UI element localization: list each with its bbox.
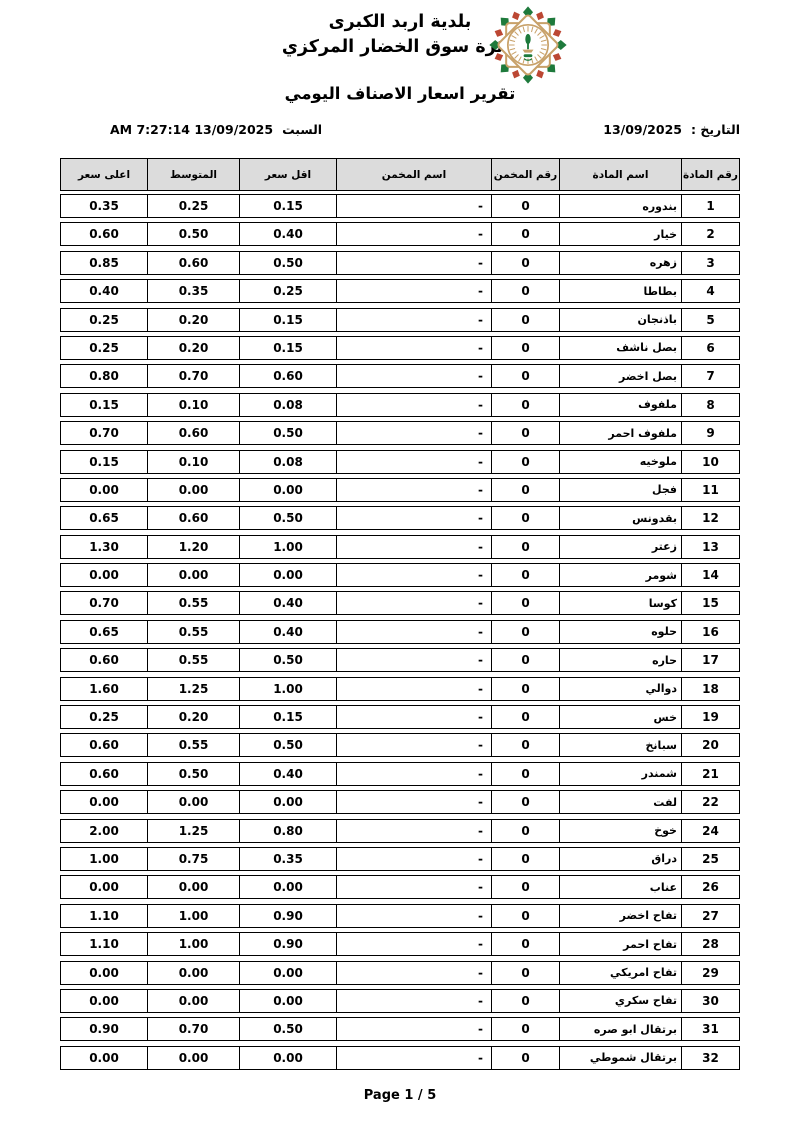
- cell-assessor_no: 0: [491, 421, 560, 445]
- cell-item_name: ملوخيه: [559, 450, 682, 474]
- cell-avg: 0.00: [147, 875, 240, 899]
- table-row: 1.301.201.00-0زعتر13: [60, 535, 740, 559]
- date-bar: التاريخ : 13/09/2025 السبت 13/09/2025 7:…: [60, 122, 740, 137]
- cell-max: 0.60: [60, 222, 148, 246]
- table-row: 1.000.750.35-0دراق25: [60, 847, 740, 871]
- cell-avg: 0.10: [147, 393, 240, 417]
- cell-item_no: 18: [681, 677, 740, 701]
- cell-item_name: سبانخ: [559, 733, 682, 757]
- table-row: 0.600.500.40-0شمندر21: [60, 762, 740, 786]
- cell-min: 0.00: [239, 989, 337, 1013]
- cell-item_no: 14: [681, 563, 740, 587]
- municipality-logo-icon: [486, 3, 570, 87]
- cell-max: 0.00: [60, 1046, 148, 1070]
- cell-min: 0.50: [239, 733, 337, 757]
- cell-avg: 0.60: [147, 506, 240, 530]
- cell-avg: 0.70: [147, 364, 240, 388]
- org-name-line1: بلدية اربد الكبرى: [60, 10, 740, 35]
- table-row: 0.600.550.50-0سبانخ20: [60, 733, 740, 757]
- cell-avg: 0.50: [147, 762, 240, 786]
- cell-assessor_name: -: [336, 904, 492, 928]
- cell-assessor_no: 0: [491, 989, 560, 1013]
- cell-item_no: 9: [681, 421, 740, 445]
- cell-max: 1.60: [60, 677, 148, 701]
- cell-assessor_name: -: [336, 535, 492, 559]
- cell-assessor_no: 0: [491, 279, 560, 303]
- cell-assessor_no: 0: [491, 450, 560, 474]
- table-row: 0.000.000.00-0تفاح امريكي29: [60, 961, 740, 985]
- cell-item_name: خيار: [559, 222, 682, 246]
- cell-assessor_name: -: [336, 478, 492, 502]
- cell-assessor_name: -: [336, 563, 492, 587]
- table-row: 0.000.000.00-0لفت22: [60, 790, 740, 814]
- cell-item_no: 6: [681, 336, 740, 360]
- cell-min: 0.00: [239, 563, 337, 587]
- cell-item_name: زهره: [559, 251, 682, 275]
- cell-max: 0.65: [60, 506, 148, 530]
- cell-item_no: 12: [681, 506, 740, 530]
- table-row: 0.700.600.50-0ملفوف احمر9: [60, 421, 740, 445]
- cell-item_no: 11: [681, 478, 740, 502]
- cell-item_name: خس: [559, 705, 682, 729]
- cell-max: 0.25: [60, 705, 148, 729]
- cell-avg: 1.25: [147, 819, 240, 843]
- cell-avg: 0.20: [147, 705, 240, 729]
- cell-assessor_no: 0: [491, 904, 560, 928]
- cell-item_name: عناب: [559, 875, 682, 899]
- cell-item_name: تفاح احمر: [559, 932, 682, 956]
- cell-avg: 0.75: [147, 847, 240, 871]
- cell-assessor_name: -: [336, 222, 492, 246]
- cell-min: 0.80: [239, 819, 337, 843]
- cell-item_name: تفاح سكري: [559, 989, 682, 1013]
- cell-max: 0.35: [60, 194, 148, 218]
- table-row: 0.250.200.15-0خس19: [60, 705, 740, 729]
- cell-min: 1.00: [239, 677, 337, 701]
- column-header-avg: المتوسط: [147, 158, 240, 191]
- cell-avg: 0.70: [147, 1017, 240, 1041]
- cell-item_name: بصل ناشف: [559, 336, 682, 360]
- cell-item_no: 27: [681, 904, 740, 928]
- table-row: 0.600.550.50-0حاره17: [60, 648, 740, 672]
- cell-assessor_no: 0: [491, 194, 560, 218]
- cell-assessor_no: 0: [491, 620, 560, 644]
- cell-assessor_name: -: [336, 279, 492, 303]
- cell-item_no: 10: [681, 450, 740, 474]
- table-row: 2.001.250.80-0خوخ24: [60, 819, 740, 843]
- report-page: بلدية اربد الكبرى دائرة سوق الخضار المرك…: [0, 0, 793, 1122]
- table-row: 0.400.350.25-0بطاطا4: [60, 279, 740, 303]
- cell-assessor_no: 0: [491, 308, 560, 332]
- cell-max: 0.60: [60, 648, 148, 672]
- cell-item_no: 17: [681, 648, 740, 672]
- cell-min: 0.50: [239, 421, 337, 445]
- table-row: 0.000.000.00-0عناب26: [60, 875, 740, 899]
- cell-item_no: 1: [681, 194, 740, 218]
- cell-item_name: زعتر: [559, 535, 682, 559]
- cell-item_no: 21: [681, 762, 740, 786]
- cell-item_name: بندوره: [559, 194, 682, 218]
- table-row: 0.650.600.50-0بقدونس12: [60, 506, 740, 530]
- cell-avg: 0.55: [147, 648, 240, 672]
- cell-min: 0.15: [239, 705, 337, 729]
- cell-avg: 0.00: [147, 790, 240, 814]
- table-row: 0.000.000.00-0فجل11: [60, 478, 740, 502]
- cell-item_no: 8: [681, 393, 740, 417]
- cell-item_no: 24: [681, 819, 740, 843]
- cell-item_name: برتقال ابو صره: [559, 1017, 682, 1041]
- table-row: 0.000.000.00-0شومر14: [60, 563, 740, 587]
- cell-assessor_name: -: [336, 1017, 492, 1041]
- municipality-emblem-icon: [486, 3, 570, 87]
- cell-min: 0.15: [239, 308, 337, 332]
- table-row: 0.650.550.40-0حلوه16: [60, 620, 740, 644]
- cell-assessor_no: 0: [491, 506, 560, 530]
- cell-min: 0.08: [239, 450, 337, 474]
- column-header-assessor_name: اسم المخمن: [336, 158, 492, 191]
- cell-max: 1.30: [60, 535, 148, 559]
- cell-max: 1.10: [60, 932, 148, 956]
- cell-avg: 0.50: [147, 222, 240, 246]
- cell-max: 1.10: [60, 904, 148, 928]
- cell-assessor_no: 0: [491, 705, 560, 729]
- cell-item_name: بطاطا: [559, 279, 682, 303]
- cell-assessor_no: 0: [491, 591, 560, 615]
- cell-avg: 0.55: [147, 591, 240, 615]
- cell-item_no: 2: [681, 222, 740, 246]
- cell-max: 0.00: [60, 989, 148, 1013]
- cell-item_no: 26: [681, 875, 740, 899]
- cell-item_no: 19: [681, 705, 740, 729]
- cell-assessor_name: -: [336, 506, 492, 530]
- cell-avg: 0.00: [147, 563, 240, 587]
- cell-item_name: بصل اخضر: [559, 364, 682, 388]
- cell-item_no: 16: [681, 620, 740, 644]
- cell-item_no: 29: [681, 961, 740, 985]
- cell-max: 0.60: [60, 733, 148, 757]
- cell-assessor_name: -: [336, 733, 492, 757]
- cell-assessor_name: -: [336, 1046, 492, 1070]
- table-row: 0.850.600.50-0زهره3: [60, 251, 740, 275]
- cell-min: 0.25: [239, 279, 337, 303]
- cell-item_no: 32: [681, 1046, 740, 1070]
- cell-item_name: ملفوف: [559, 393, 682, 417]
- cell-min: 0.00: [239, 961, 337, 985]
- date-label: التاريخ :: [691, 122, 740, 137]
- cell-item_no: 4: [681, 279, 740, 303]
- cell-assessor_name: -: [336, 620, 492, 644]
- cell-avg: 0.60: [147, 251, 240, 275]
- cell-min: 0.50: [239, 506, 337, 530]
- cell-max: 0.15: [60, 450, 148, 474]
- cell-avg: 1.00: [147, 904, 240, 928]
- cell-item_no: 7: [681, 364, 740, 388]
- cell-assessor_no: 0: [491, 875, 560, 899]
- cell-assessor_name: -: [336, 677, 492, 701]
- cell-avg: 0.60: [147, 421, 240, 445]
- cell-item_name: كوسا: [559, 591, 682, 615]
- cell-assessor_name: -: [336, 989, 492, 1013]
- cell-item_no: 15: [681, 591, 740, 615]
- cell-min: 0.00: [239, 790, 337, 814]
- cell-assessor_name: -: [336, 648, 492, 672]
- cell-item_name: شومر: [559, 563, 682, 587]
- price-table-header: اعلى سعرالمتوسطاقل سعراسم المخمنرقم المخ…: [60, 158, 740, 191]
- cell-item_no: 25: [681, 847, 740, 871]
- cell-avg: 0.55: [147, 733, 240, 757]
- cell-avg: 0.35: [147, 279, 240, 303]
- column-header-assessor_no: رقم المخمن: [491, 158, 560, 191]
- cell-assessor_name: -: [336, 705, 492, 729]
- report-title: تقرير اسعار الاصناف اليومي: [60, 84, 740, 103]
- cell-min: 0.00: [239, 875, 337, 899]
- cell-max: 0.40: [60, 279, 148, 303]
- cell-avg: 0.20: [147, 336, 240, 360]
- cell-max: 0.90: [60, 1017, 148, 1041]
- cell-max: 0.85: [60, 251, 148, 275]
- cell-max: 0.00: [60, 961, 148, 985]
- cell-assessor_name: -: [336, 932, 492, 956]
- cell-max: 0.00: [60, 478, 148, 502]
- cell-item_name: خوخ: [559, 819, 682, 843]
- table-row: 0.900.700.50-0برتقال ابو صره31: [60, 1017, 740, 1041]
- cell-max: 0.25: [60, 308, 148, 332]
- column-header-item_name: اسم المادة: [559, 158, 682, 191]
- table-row: 0.250.200.15-0بصل ناشف6: [60, 336, 740, 360]
- cell-min: 0.08: [239, 393, 337, 417]
- cell-assessor_no: 0: [491, 932, 560, 956]
- cell-max: 0.00: [60, 790, 148, 814]
- cell-assessor_no: 0: [491, 1017, 560, 1041]
- cell-assessor_name: -: [336, 251, 492, 275]
- cell-item_name: تفاح اخضر: [559, 904, 682, 928]
- cell-item_name: باذنجان: [559, 308, 682, 332]
- cell-assessor_name: -: [336, 790, 492, 814]
- cell-assessor_no: 0: [491, 648, 560, 672]
- cell-item_no: 13: [681, 535, 740, 559]
- cell-min: 0.40: [239, 762, 337, 786]
- print-day: السبت: [282, 122, 322, 137]
- cell-item_name: دوالي: [559, 677, 682, 701]
- cell-avg: 1.20: [147, 535, 240, 559]
- cell-assessor_no: 0: [491, 790, 560, 814]
- cell-assessor_name: -: [336, 194, 492, 218]
- cell-max: 0.00: [60, 875, 148, 899]
- cell-item_no: 3: [681, 251, 740, 275]
- cell-assessor_no: 0: [491, 563, 560, 587]
- cell-item_name: بقدونس: [559, 506, 682, 530]
- cell-min: 0.00: [239, 478, 337, 502]
- cell-min: 0.35: [239, 847, 337, 871]
- table-row: 1.101.000.90-0تفاح احمر28: [60, 932, 740, 956]
- org-header: بلدية اربد الكبرى دائرة سوق الخضار المرك…: [60, 10, 740, 60]
- cell-assessor_name: -: [336, 364, 492, 388]
- price-table-body: 0.350.250.15-0بندوره10.600.500.40-0خيار2…: [60, 194, 740, 1070]
- cell-item_name: برتقال شموطي: [559, 1046, 682, 1070]
- cell-item_no: 30: [681, 989, 740, 1013]
- cell-assessor_name: -: [336, 961, 492, 985]
- cell-min: 0.40: [239, 222, 337, 246]
- table-row: 0.800.700.60-0بصل اخضر7: [60, 364, 740, 388]
- cell-item_name: شمندر: [559, 762, 682, 786]
- cell-avg: 1.25: [147, 677, 240, 701]
- table-row: 0.350.250.15-0بندوره1: [60, 194, 740, 218]
- cell-assessor_name: -: [336, 393, 492, 417]
- cell-max: 0.60: [60, 762, 148, 786]
- page-number: Page 1 / 5: [60, 1088, 740, 1103]
- table-row: 0.250.200.15-0باذنجان5: [60, 308, 740, 332]
- cell-min: 0.40: [239, 591, 337, 615]
- cell-assessor_no: 0: [491, 535, 560, 559]
- cell-assessor_no: 0: [491, 961, 560, 985]
- table-row: 1.101.000.90-0تفاح اخضر27: [60, 904, 740, 928]
- cell-max: 0.70: [60, 421, 148, 445]
- cell-assessor_no: 0: [491, 251, 560, 275]
- cell-assessor_no: 0: [491, 336, 560, 360]
- cell-max: 2.00: [60, 819, 148, 843]
- cell-item_no: 20: [681, 733, 740, 757]
- table-row: 0.150.100.08-0ملوخيه10: [60, 450, 740, 474]
- cell-min: 0.60: [239, 364, 337, 388]
- cell-max: 0.65: [60, 620, 148, 644]
- cell-assessor_no: 0: [491, 222, 560, 246]
- cell-item_no: 5: [681, 308, 740, 332]
- cell-item_no: 28: [681, 932, 740, 956]
- print-datetime: السبت 13/09/2025 7:27:14 AM: [110, 122, 322, 137]
- cell-assessor_name: -: [336, 875, 492, 899]
- cell-assessor_no: 0: [491, 393, 560, 417]
- cell-assessor_name: -: [336, 336, 492, 360]
- cell-avg: 0.55: [147, 620, 240, 644]
- cell-assessor_name: -: [336, 450, 492, 474]
- date-value: 13/09/2025: [603, 122, 682, 137]
- cell-item_name: لفت: [559, 790, 682, 814]
- cell-assessor_name: -: [336, 762, 492, 786]
- cell-assessor_no: 0: [491, 819, 560, 843]
- cell-max: 0.25: [60, 336, 148, 360]
- cell-assessor_name: -: [336, 591, 492, 615]
- org-name-line2: دائرة سوق الخضار المركزي: [60, 35, 740, 60]
- cell-assessor_no: 0: [491, 1046, 560, 1070]
- print-datetime-value: 13/09/2025 7:27:14 AM: [110, 122, 273, 137]
- table-row: 0.700.550.40-0كوسا15: [60, 591, 740, 615]
- cell-min: 0.50: [239, 1017, 337, 1041]
- table-row: 0.150.100.08-0ملفوف8: [60, 393, 740, 417]
- cell-avg: 0.00: [147, 961, 240, 985]
- cell-item_name: فجل: [559, 478, 682, 502]
- cell-max: 1.00: [60, 847, 148, 871]
- cell-assessor_no: 0: [491, 677, 560, 701]
- cell-max: 0.80: [60, 364, 148, 388]
- cell-max: 0.00: [60, 563, 148, 587]
- cell-assessor_no: 0: [491, 733, 560, 757]
- cell-avg: 0.25: [147, 194, 240, 218]
- cell-avg: 0.20: [147, 308, 240, 332]
- cell-item_no: 31: [681, 1017, 740, 1041]
- cell-max: 0.70: [60, 591, 148, 615]
- cell-item_no: 22: [681, 790, 740, 814]
- cell-min: 0.00: [239, 1046, 337, 1070]
- column-header-item_no: رقم المادة: [681, 158, 740, 191]
- table-row: 0.000.000.00-0برتقال شموطي32: [60, 1046, 740, 1070]
- cell-item_name: دراق: [559, 847, 682, 871]
- cell-min: 0.15: [239, 194, 337, 218]
- cell-min: 0.90: [239, 932, 337, 956]
- cell-min: 0.50: [239, 648, 337, 672]
- cell-assessor_name: -: [336, 421, 492, 445]
- cell-avg: 0.10: [147, 450, 240, 474]
- cell-max: 0.15: [60, 393, 148, 417]
- cell-min: 0.90: [239, 904, 337, 928]
- cell-min: 0.40: [239, 620, 337, 644]
- table-row: 0.000.000.00-0تفاح سكري30: [60, 989, 740, 1013]
- cell-item_name: حلوه: [559, 620, 682, 644]
- report-date: التاريخ : 13/09/2025: [603, 122, 740, 137]
- cell-avg: 0.00: [147, 1046, 240, 1070]
- cell-item_name: تفاح امريكي: [559, 961, 682, 985]
- cell-min: 0.50: [239, 251, 337, 275]
- cell-avg: 1.00: [147, 932, 240, 956]
- column-header-min: اقل سعر: [239, 158, 337, 191]
- cell-item_name: حاره: [559, 648, 682, 672]
- cell-assessor_no: 0: [491, 847, 560, 871]
- cell-item_name: ملفوف احمر: [559, 421, 682, 445]
- cell-assessor_name: -: [336, 308, 492, 332]
- table-row: 0.600.500.40-0خيار2: [60, 222, 740, 246]
- column-header-max: اعلى سعر: [60, 158, 148, 191]
- cell-min: 1.00: [239, 535, 337, 559]
- cell-min: 0.15: [239, 336, 337, 360]
- cell-assessor_no: 0: [491, 762, 560, 786]
- price-table: اعلى سعرالمتوسطاقل سعراسم المخمنرقم المخ…: [60, 158, 740, 1074]
- cell-assessor_no: 0: [491, 478, 560, 502]
- cell-assessor_no: 0: [491, 364, 560, 388]
- cell-assessor_name: -: [336, 847, 492, 871]
- cell-avg: 0.00: [147, 989, 240, 1013]
- cell-avg: 0.00: [147, 478, 240, 502]
- cell-assessor_name: -: [336, 819, 492, 843]
- table-row: 1.601.251.00-0دوالي18: [60, 677, 740, 701]
